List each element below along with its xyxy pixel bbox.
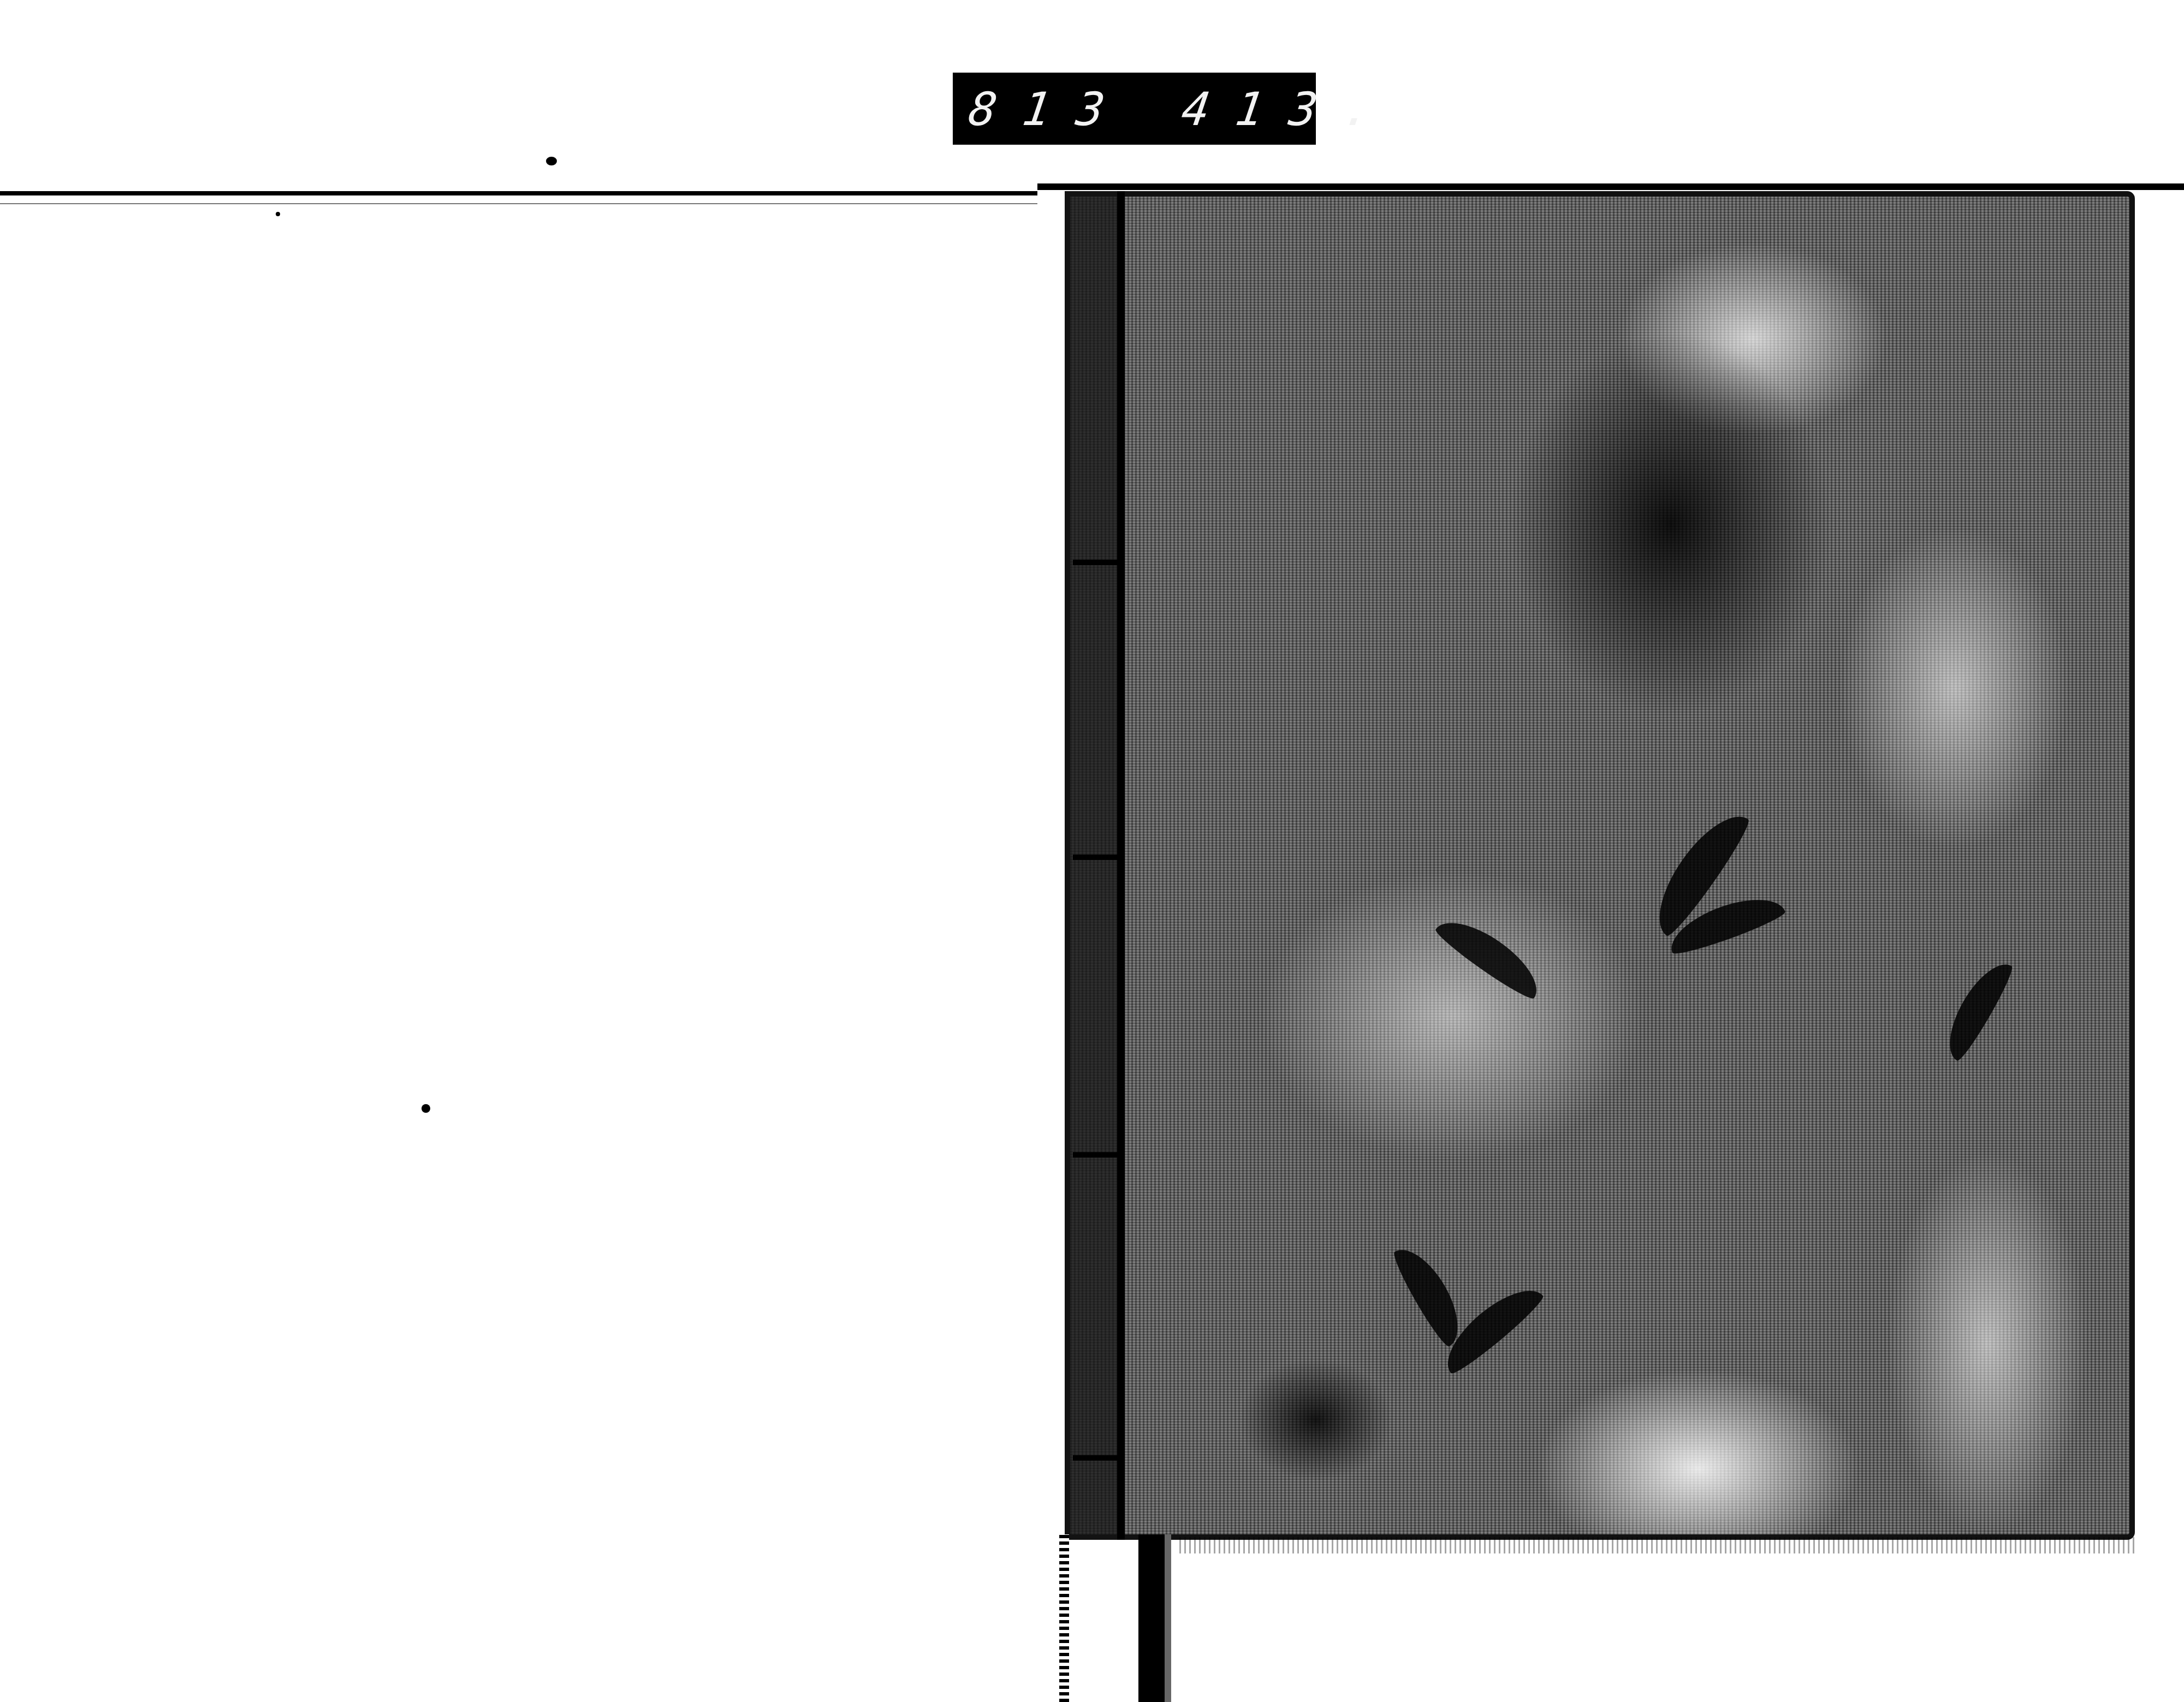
frame-number-label: 813 413. bbox=[953, 73, 1316, 145]
scan-edge-rule-left-thin bbox=[0, 203, 1037, 204]
binding-stitch bbox=[1073, 1455, 1125, 1461]
dust-speck bbox=[422, 1104, 430, 1113]
binding-stitch bbox=[1073, 1152, 1125, 1158]
frame-left-number: 813 bbox=[965, 82, 1134, 136]
binding-stitch bbox=[1073, 560, 1125, 565]
text-block-edge bbox=[1059, 1534, 1069, 1702]
scan-edge-rule-right bbox=[1037, 183, 2184, 190]
spine-tail bbox=[1138, 1534, 1171, 1702]
binding-stitch bbox=[1073, 855, 1125, 860]
binding-spine bbox=[1065, 191, 1125, 1540]
dust-speck bbox=[276, 212, 280, 216]
dust-speck bbox=[546, 157, 557, 165]
frame-right-number: 413. bbox=[1178, 82, 1401, 136]
scan-edge-rule-left bbox=[0, 191, 1037, 195]
cover-bottom-edge bbox=[1179, 1537, 2135, 1553]
book-cover bbox=[1065, 191, 2135, 1540]
